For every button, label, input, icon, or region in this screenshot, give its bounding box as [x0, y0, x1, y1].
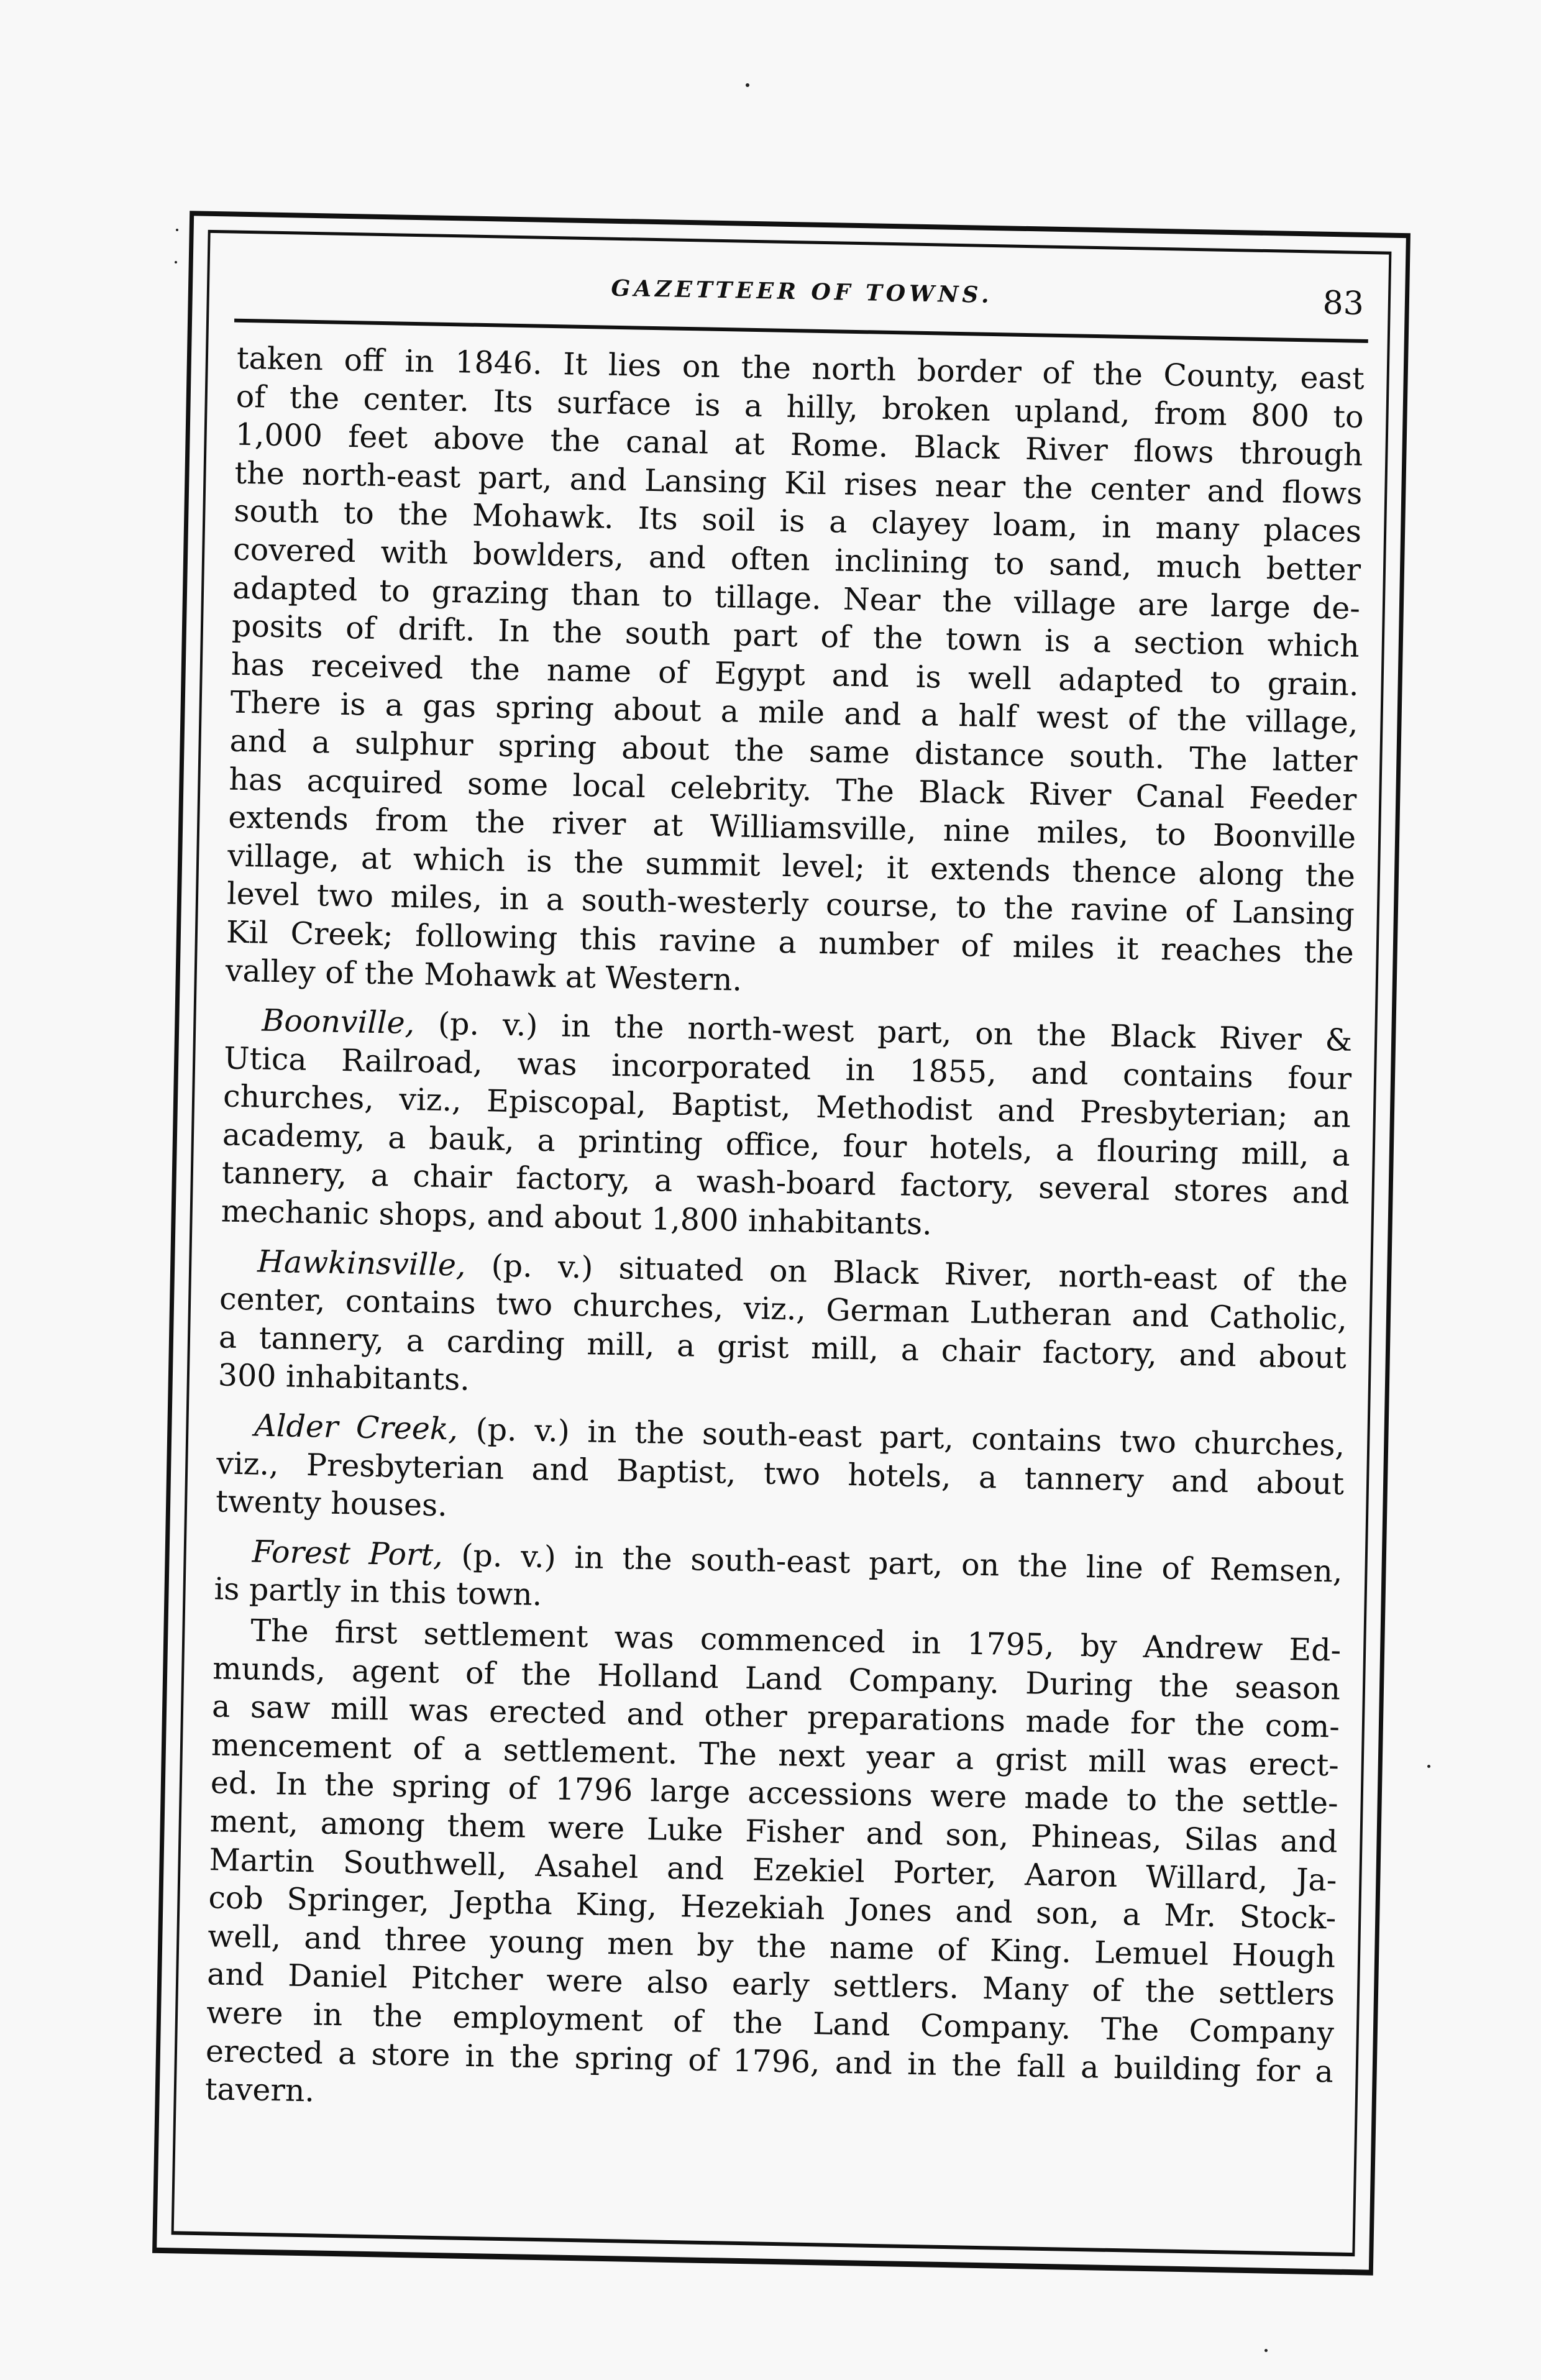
place-name-alder-creek: Alder Creek, — [254, 1408, 459, 1447]
scan-speck — [1264, 2349, 1268, 2352]
scanned-page-background: GAZETTEER OF TOWNS. 83 taken off in 1846… — [0, 0, 1541, 2380]
paragraph-boonville: Boonville, (p. v.) in the north-west par… — [221, 1001, 1352, 1252]
scan-speck — [1427, 1765, 1430, 1768]
scan-speck — [175, 261, 177, 263]
book-page: GAZETTEER OF TOWNS. 83 taken off in 1846… — [152, 211, 1411, 2275]
page-number: 83 — [1322, 285, 1364, 323]
paragraph-first-settlement: The first settlement was commenced in 17… — [204, 1611, 1341, 2129]
paragraph-continuation: taken off in 1846. It lies on the north … — [225, 339, 1365, 1010]
place-name-hawkinsville: Hawkinsville, — [257, 1243, 466, 1283]
place-name-forest-port: Forest Port, — [252, 1534, 443, 1573]
place-name-boonville: Boonville, — [262, 1003, 415, 1041]
scan-speck — [746, 83, 749, 87]
page-body: taken off in 1846. It lies on the north … — [204, 339, 1365, 2140]
paragraph-hawkinsville: Hawkinsville, (p. v.) situated on Black … — [217, 1242, 1348, 1416]
scan-speck — [176, 229, 178, 231]
paragraph-alder-creek: Alder Creek, (p. v.) in the south-east p… — [216, 1406, 1345, 1541]
